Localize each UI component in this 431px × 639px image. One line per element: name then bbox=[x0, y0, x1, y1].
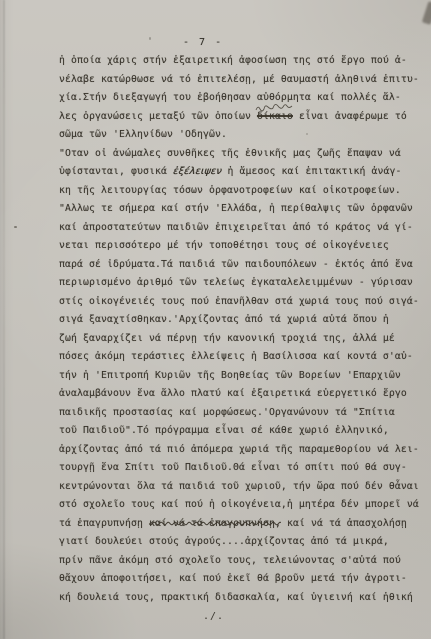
page-number: - 7 - bbox=[183, 37, 223, 48]
text-line: κεντρώνονται ὅλα τά παιδιά τοῦ χωριοῦ, τ… bbox=[59, 478, 431, 497]
text-line: ἀρχίζοντας ἀπό τά πιό ἀπόμερα χωριά τῆς … bbox=[59, 441, 431, 460]
text-segment: ἡ ἄμεσος καί ἐπιτακτική ἀνάγ- bbox=[222, 166, 402, 177]
text-line: "Αλλως τε σήμερα καί στήν 'Ελλάδα, ἡ περ… bbox=[59, 200, 431, 219]
text-segment: τά ἐπαγρυπνήσῃ bbox=[59, 518, 149, 529]
text-line: γιατί δουλεύει στούς ἀγρούς....ἀρχίζοντα… bbox=[59, 533, 431, 552]
text-line: πόσες ἀκόμη τεράστιες ἐλλείψεις ἡ Βασίλι… bbox=[59, 348, 431, 367]
text-line: σῶμα τῶν 'Ελληνίδων 'Οδηγῶν. bbox=[59, 126, 431, 145]
text-segment: καί νά τά ἀπασχολήσῃ bbox=[281, 518, 407, 529]
text-segment: "Οταν οἱ ἀνώμαλες συνθῆκες τῆς ἐθνικῆς μ… bbox=[59, 148, 401, 159]
text-segment: παρά σέ ἱδρύματα.Τά παιδιά τῶν παιδουπόλ… bbox=[59, 259, 413, 270]
text-line: τά ἐπαγρυπνήσῃ καί νά τά ἐπαγρυπνήσῃ, κα… bbox=[59, 515, 431, 534]
text-segment: τήν ἡ 'Επιτροπή Κυριῶν τῆς Βοηθείας τῶν … bbox=[59, 370, 401, 381]
text-segment: θἄχουν ἀποφοιτήσει, καί πού ἐκεῖ θά βροῦ… bbox=[59, 573, 407, 584]
scanned-document-page: { "page": { "number_label": "- 7 -", "fo… bbox=[0, 0, 431, 639]
text-segment: πόσες ἀκόμη τεράστιες ἐλλείψεις ἡ Βασίλι… bbox=[59, 351, 413, 362]
text-line: παιδικῆς προστασίας καί μορφώσεως.'Οργαν… bbox=[59, 404, 431, 423]
text-segment: στό σχολεῖο τους καί πού ἡ οἰκογένεια,ἡ … bbox=[59, 499, 419, 510]
text-line: σιγά ξαναχτίσθηκαν.'Αρχίζοντας ἀπό τά χω… bbox=[59, 311, 431, 330]
struck-through-text: καί νά τά ἐπαγρυπνήσῃ, bbox=[149, 518, 281, 529]
text-segment: νεται περισσότερο μέ τήν τοποθέτησι τους… bbox=[59, 240, 389, 251]
text-line: "Οταν οἱ ἀνώμαλες συνθῆκες τῆς ἐθνικῆς μ… bbox=[59, 145, 431, 164]
text-segment: εἶναι ἀναφέρωμε τό bbox=[293, 111, 407, 122]
text-line: κη τῆς λειτουργίας τόσων ὀρφανοτροφείων … bbox=[59, 182, 431, 201]
text-segment: χία.Στήν διεξαγωγή του ἐβοήθησαν αὐθόρμη… bbox=[59, 92, 401, 103]
text-line: ὑφίστανται, φυσικά ἐξέλειψεν ἡ ἄμεσος κα… bbox=[59, 163, 431, 182]
text-line: καί ἀπροστατεύτων παιδιῶν ἐπιχειρεῖται ἀ… bbox=[59, 219, 431, 238]
text-segment: ἀναλαμβάνουν ἕνα ἄλλο πλατύ καί ἐξαιρετι… bbox=[59, 388, 407, 399]
text-segment: ὑφίστανται, φυσικά bbox=[59, 166, 173, 177]
text-line: παρά σέ ἱδρύματα.Τά παιδιά τῶν παιδουπόλ… bbox=[59, 256, 431, 275]
text-segment: ζωή ξαναρχίζει νά πέρνῃ τήν κανονική τρο… bbox=[59, 333, 395, 344]
text-segment: πρίν πᾶνε ἀκόμη στό σχολεῖο τους, τελειώ… bbox=[59, 555, 401, 566]
continuation-mark: ./. bbox=[203, 611, 224, 622]
text-segment: κεντρώνονται ὅλα τά παιδιά τοῦ χωριοῦ, τ… bbox=[59, 481, 419, 492]
corner-ink-mark bbox=[422, 1, 431, 25]
text-segment: στίς οἰκογένειές τους πού ἐπανῆλθαν στά … bbox=[59, 296, 419, 307]
text-segment: "Αλλως τε σήμερα καί στήν 'Ελλάδα, ἡ περ… bbox=[59, 203, 413, 214]
text-segment: περιωρισμένο ἀριθμό τῶν τελείως ἐγκαταλε… bbox=[59, 277, 413, 288]
struck-through-text: δίκαιο bbox=[257, 111, 293, 122]
text-segment: σιγά ξαναχτίσθηκαν.'Αρχίζοντας ἀπό τά χω… bbox=[59, 314, 389, 325]
text-segment: σῶμα τῶν 'Ελληνίδων 'Οδηγῶν. bbox=[59, 129, 227, 140]
text-line: λες ὀργανώσεις μεταξύ τῶν ὁποίων δίκαιο … bbox=[59, 108, 431, 127]
text-line: κή δουλειά τους, πρακτική διδασκαλία, κα… bbox=[59, 589, 431, 608]
text-segment: κή δουλειά τους, πρακτική διδασκαλία, κα… bbox=[59, 592, 413, 603]
text-line: τήν ἡ 'Επιτροπή Κυριῶν τῆς Βοηθείας τῶν … bbox=[59, 367, 431, 386]
text-segment: λες ὀργανώσεις μεταξύ τῶν ὁποίων bbox=[59, 111, 257, 122]
text-line: θἄχουν ἀποφοιτήσει, καί πού ἐκεῖ θά βροῦ… bbox=[59, 570, 431, 589]
text-line: τοῦ Παιδιοῦ".Τό πρόγραμμα εἶναι σέ κάθε … bbox=[59, 422, 431, 441]
text-segment: ἡ ὁποία χάρις στήν ἐξαιρετική ἀφοσίωση τ… bbox=[59, 55, 407, 66]
text-line: νεται περισσότερο μέ τήν τοποθέτησι τους… bbox=[59, 237, 431, 256]
text-segment: παιδικῆς προστασίας καί μορφώσεως.'Οργαν… bbox=[59, 407, 395, 418]
text-line: ἡ ὁποία χάρις στήν ἐξαιρετική ἀφοσίωση τ… bbox=[59, 52, 431, 71]
text-segment: τουργῇ ἕνα Σπίτι τοῦ Παιδιοῦ.Θά εἶναι τό… bbox=[59, 462, 407, 473]
text-line: πρίν πᾶνε ἀκόμη στό σχολεῖο τους, τελειώ… bbox=[59, 552, 431, 571]
text-line: τουργῇ ἕνα Σπίτι τοῦ Παιδιοῦ.Θά εἶναι τό… bbox=[59, 459, 431, 478]
text-line: στίς οἰκογένειές τους πού ἐπανῆλθαν στά … bbox=[59, 293, 431, 312]
text-segment: γιατί δουλεύει στούς ἀγρούς....ἀρχίζοντα… bbox=[59, 536, 389, 547]
text-line: νέλαβε κατώρθωσε νά τό ἐπιτελέσῃ, μέ θαυ… bbox=[59, 71, 431, 90]
text-line: ζωή ξαναρχίζει νά πέρνῃ τήν κανονική τρο… bbox=[59, 330, 431, 349]
text-segment: νέλαβε κατώρθωσε νά τό ἐπιτελέσῃ, μέ θαυ… bbox=[59, 74, 419, 85]
text-block: ἡ ὁποία χάρις στήν ἐξαιρετική ἀφοσίωση τ… bbox=[59, 52, 431, 607]
text-segment: ἀρχίζοντας ἀπό τά πιό ἀπόμερα χωριά τῆς … bbox=[59, 444, 419, 455]
text-line: χία.Στήν διεξαγωγή του ἐβοήθησαν αὐθόρμη… bbox=[59, 89, 431, 108]
text-line: περιωρισμένο ἀριθμό τῶν τελείως ἐγκαταλε… bbox=[59, 274, 431, 293]
text-segment: τοῦ Παιδιοῦ".Τό πρόγραμμα εἶναι σέ κάθε … bbox=[59, 425, 389, 436]
paper-crease bbox=[3, 0, 5, 639]
text-line: ἀναλαμβάνουν ἕνα ἄλλο πλατύ καί ἐξαιρετι… bbox=[59, 385, 431, 404]
handwritten-corrected-word: ἐξέλειψεν bbox=[172, 163, 223, 182]
text-segment: κη τῆς λειτουργίας τόσων ὀρφανοτροφείων … bbox=[59, 185, 401, 196]
text-line: στό σχολεῖο τους καί πού ἡ οἰκογένεια,ἡ … bbox=[59, 496, 431, 515]
text-segment: καί ἀπροστατεύτων παιδιῶν ἐπιχειρεῖται ἀ… bbox=[59, 222, 413, 233]
ink-speck bbox=[149, 37, 151, 40]
ink-speck bbox=[14, 226, 17, 228]
